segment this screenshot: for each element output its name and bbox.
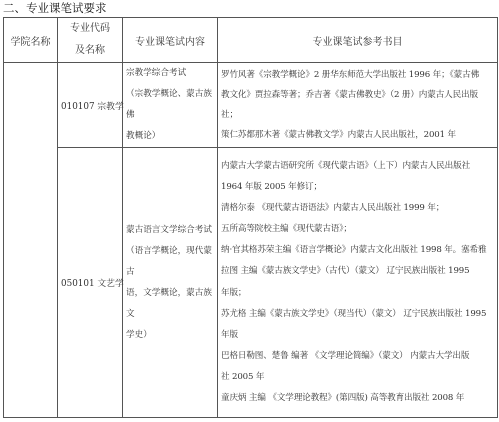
reference-books-cell: 罗竹风著《宗教学概论》2 册华东师范大学出版社 1996 年；《蒙古佛 教文化》…: [218, 63, 498, 148]
book-line: 拉图 主编《蒙古族文学史》（古代）（蒙文） 辽宁民族出版社 1995: [221, 261, 494, 282]
book-line: 清格尔泰 《现代蒙古语语法》内蒙古人民出版社 1999 年；: [221, 198, 494, 219]
header-major-code-line: 及名称: [61, 40, 119, 62]
major-code-cell: 050101 文艺学: [58, 148, 123, 418]
reference-books-cell: 内蒙古大学蒙古语研究所《现代蒙古语》（上下）内蒙古人民出版社 1964 年版 2…: [218, 148, 498, 418]
book-line: 1964 年版 2005 年修订；: [221, 177, 494, 198]
table-row: 050101 文艺学 蒙古语言文学综合考试 （语言学概论，现代蒙古 语，文学概论…: [4, 148, 498, 418]
content-line: 蒙古语言文学综合考试: [126, 220, 214, 241]
exam-content-cell: 蒙古语言文学综合考试 （语言学概论，现代蒙古 语，文学概论，蒙古族文 学史）: [123, 148, 218, 418]
book-line: 社；: [221, 105, 494, 125]
book-line: 内蒙古大学蒙古语研究所《现代蒙古语》（上下）内蒙古人民出版社: [221, 156, 494, 177]
book-line: 年版: [221, 325, 494, 346]
header-major-code-line: 专业代码: [61, 18, 119, 40]
content-line: 语，文学概论，蒙古族文: [126, 283, 214, 325]
book-line: 社 2005 年: [221, 367, 494, 388]
book-line: 巴格日勒图、楚鲁 编著 《文学理论简编》（蒙文） 内蒙古大学出版: [221, 346, 494, 367]
exam-requirements-table: 学院名称 专业代码 及名称 专业课笔试内容 专业课笔试参考书目 010107 宗…: [3, 17, 498, 418]
book-line: 童庆炳 主编 《文学理论教程》(第四版) 高等教育出版社 2008 年: [221, 388, 494, 409]
content-line: （宗教学概论、蒙古族佛: [126, 84, 214, 126]
table-header-row: 学院名称 专业代码 及名称 专业课笔试内容 专业课笔试参考书目: [4, 18, 498, 63]
content-line: 宗教学综合考试: [126, 63, 214, 84]
book-line: 年版；: [221, 283, 494, 304]
exam-content-cell: 宗教学综合考试 （宗教学概论、蒙古族佛 教概论）: [123, 63, 218, 148]
book-line: 策仁苏都那木著《蒙古佛教文学》内蒙古人民出版社，2001 年: [221, 125, 494, 145]
book-line: 纳·官其格苏荣主编《语言学概论》内蒙古文化出版社 1998 年。塞希雅: [221, 240, 494, 261]
content-line: 教概论）: [126, 126, 214, 147]
book-line: 罗竹风著《宗教学概论》2 册华东师范大学出版社 1996 年；《蒙古佛: [221, 65, 494, 85]
header-college: 学院名称: [4, 18, 58, 63]
content-line: （语言学概论，现代蒙古: [126, 241, 214, 283]
section-heading: 二、专业课笔试要求: [3, 0, 107, 16]
header-exam-content: 专业课笔试内容: [123, 18, 218, 63]
header-major-code: 专业代码 及名称: [58, 18, 123, 63]
content-line: 学史）: [126, 325, 214, 346]
college-cell: [4, 63, 58, 418]
book-line: 苏尤格 主编《蒙古族文学史》（现当代）（蒙文） 辽宁民族出版社 1995: [221, 304, 494, 325]
table-row: 010107 宗教学 宗教学综合考试 （宗教学概论、蒙古族佛 教概论） 罗竹风著…: [4, 63, 498, 148]
book-line: 五所高等院校主编《现代蒙古语》；: [221, 219, 494, 240]
major-code-cell: 010107 宗教学: [58, 63, 123, 148]
header-reference-books: 专业课笔试参考书目: [218, 18, 498, 63]
book-line: 教文化》贾拉森等著；乔吉著《蒙古佛教史》（2 册）内蒙古人民出版: [221, 85, 494, 105]
